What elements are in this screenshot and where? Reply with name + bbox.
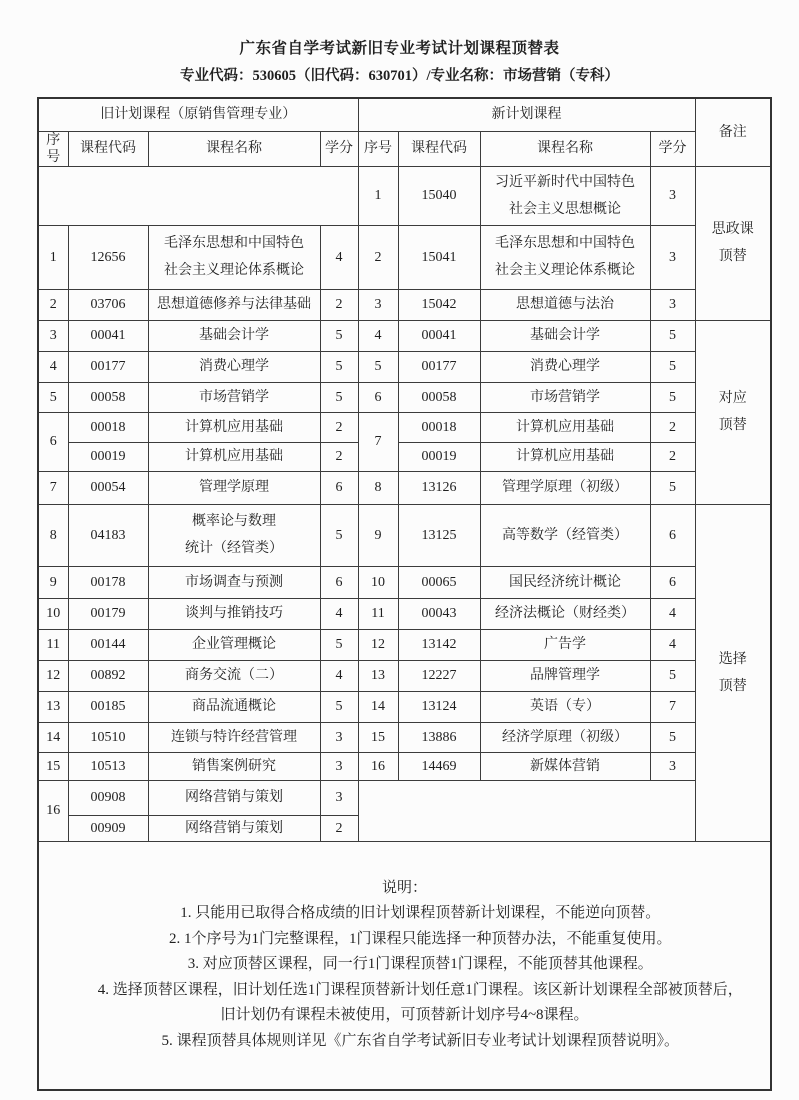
- table-row: 300041基础会计学5400041基础会计学5对应 顶替: [38, 320, 771, 351]
- table-cell: 00058: [398, 382, 480, 412]
- new-seq: 2: [358, 225, 398, 289]
- table-cell: 00041: [398, 320, 480, 351]
- table-cell: 4: [358, 320, 398, 351]
- table-cell: 广告学: [480, 629, 650, 660]
- table-cell: 15: [358, 722, 398, 752]
- table-cell: 6: [320, 471, 358, 504]
- table-cell: 10510: [68, 722, 148, 752]
- table-cell: 00909: [68, 815, 148, 841]
- table-cell: 15042: [398, 289, 480, 320]
- table-cell: 12227: [398, 660, 480, 691]
- new-plan-group-header: 新计划课程: [358, 98, 695, 131]
- table-cell: 5: [320, 629, 358, 660]
- table-cell: 高等数学（经管类）: [480, 504, 650, 566]
- column-header: 学分: [650, 131, 695, 166]
- notes-section: 说明： 1. 只能用已取得合格成绩的旧计划课程顶替新计划课程，不能逆向顶替。2.…: [38, 841, 771, 1090]
- table-cell: 2: [320, 442, 358, 471]
- table-cell: 5: [320, 382, 358, 412]
- table-cell: 网络营销与策划: [148, 815, 320, 841]
- table-cell: 基础会计学: [480, 320, 650, 351]
- table-cell: 10: [38, 598, 68, 629]
- table-cell: 13124: [398, 691, 480, 722]
- new-course-name: 习近平新时代中国特色 社会主义思想概论: [480, 166, 650, 225]
- table-row: 600018计算机应用基础2700018计算机应用基础2: [38, 412, 771, 442]
- table-cell: 市场调查与预测: [148, 566, 320, 598]
- table-cell: 00058: [68, 382, 148, 412]
- table-row: 1600908网络营销与策划3: [38, 780, 771, 815]
- table-cell: 7: [650, 691, 695, 722]
- table-cell: 市场营销学: [148, 382, 320, 412]
- table-cell: 2: [320, 412, 358, 442]
- table-cell: 网络营销与策划: [148, 780, 320, 815]
- table-cell: 00018: [68, 412, 148, 442]
- table-cell: 连锁与特许经营管理: [148, 722, 320, 752]
- table-cell: 3: [320, 722, 358, 752]
- note-item: 3. 对应顶替区课程，同一行1门课程顶替1门课程，不能顶替其他课程。: [41, 952, 768, 978]
- table-cell: 企业管理概论: [148, 629, 320, 660]
- table-cell: 2: [650, 442, 695, 471]
- table-cell: 9: [358, 504, 398, 566]
- remark-header: 备注: [695, 98, 771, 166]
- table-cell: 消费心理学: [148, 351, 320, 382]
- new-credit: 3: [650, 225, 695, 289]
- table-cell: 4: [38, 351, 68, 382]
- table-row: 203706思想道德修养与法律基础2315042思想道德与法治3: [38, 289, 771, 320]
- table-cell: 3: [320, 780, 358, 815]
- remark-sizheng-dingti: 思政课 顶替: [695, 166, 771, 320]
- table-cell: 国民经济统计概论: [480, 566, 650, 598]
- table-cell: 4: [320, 660, 358, 691]
- old-seq: 1: [38, 225, 68, 289]
- table-cell: 00908: [68, 780, 148, 815]
- table-cell: 04183: [68, 504, 148, 566]
- new-code: 15041: [398, 225, 480, 289]
- table-cell: 3: [320, 752, 358, 780]
- table-cell: 英语（专）: [480, 691, 650, 722]
- table-cell: 市场营销学: [480, 382, 650, 412]
- table-cell: 品牌管理学: [480, 660, 650, 691]
- table-cell: 6: [650, 504, 695, 566]
- table-cell: 00179: [68, 598, 148, 629]
- table-cell: 谈判与推销技巧: [148, 598, 320, 629]
- column-header: 课程名称: [148, 131, 320, 166]
- note-item: 4. 选择顶替区课程，旧计划任选1门课程顶替新计划任意1门课程。该区新计划课程全…: [41, 978, 768, 1029]
- old-course-name: 概率论与数理 统计（经管类）: [148, 504, 320, 566]
- column-header: 课程代码: [398, 131, 480, 166]
- group-header-row: 旧计划课程（原销售管理专业） 新计划课程 备注: [38, 98, 771, 131]
- table-cell: 管理学原理: [148, 471, 320, 504]
- table-cell: 00019: [68, 442, 148, 471]
- table-cell: 经济法概论（财经类）: [480, 598, 650, 629]
- table-cell: 5: [320, 351, 358, 382]
- table-cell: 00177: [68, 351, 148, 382]
- table-cell: 3: [38, 320, 68, 351]
- note-item: 5. 课程顶替具体规则详见《广东省自学考试新旧专业考试计划课程顶替说明》。: [41, 1029, 768, 1055]
- table-cell: 12: [38, 660, 68, 691]
- old-code: 12656: [68, 225, 148, 289]
- table-cell: 计算机应用基础: [148, 442, 320, 471]
- column-header: 序号: [358, 131, 398, 166]
- table-cell: 8: [38, 504, 68, 566]
- table-body: 115040习近平新时代中国特色 社会主义思想概论3思政课 顶替112656毛泽…: [38, 166, 771, 841]
- table-cell: 14: [38, 722, 68, 752]
- table-cell: 6: [650, 566, 695, 598]
- table-cell: 思想道德修养与法律基础: [148, 289, 320, 320]
- table-cell: 5: [650, 660, 695, 691]
- table-cell: 基础会计学: [148, 320, 320, 351]
- table-cell: 2: [320, 815, 358, 841]
- remark-xuanze-dingti: 选择 顶替: [695, 504, 771, 841]
- table-row: 1410510连锁与特许经营管理31513886经济学原理（初级）5: [38, 722, 771, 752]
- table-cell: 4: [320, 598, 358, 629]
- table-cell: 00185: [68, 691, 148, 722]
- table-cell: 15: [38, 752, 68, 780]
- table-cell: 3: [358, 289, 398, 320]
- column-header: 课程代码: [68, 131, 148, 166]
- notes-list: 1. 只能用已取得合格成绩的旧计划课程顶替新计划课程，不能逆向顶替。2. 1个序…: [41, 901, 768, 1054]
- table-cell: 14: [358, 691, 398, 722]
- table-row: 1300185商品流通概论51413124英语（专）7: [38, 691, 771, 722]
- table-cell: 5: [650, 382, 695, 412]
- new-seq: 1: [358, 166, 398, 225]
- table-cell: 4: [650, 598, 695, 629]
- table-cell: 思想道德与法治: [480, 289, 650, 320]
- table-cell: 销售案例研究: [148, 752, 320, 780]
- table-cell: 16: [358, 752, 398, 780]
- old-plan-empty-cell: [38, 166, 358, 225]
- table-cell: 新媒体营销: [480, 752, 650, 780]
- table-cell: 00043: [398, 598, 480, 629]
- table-cell: 8: [358, 471, 398, 504]
- new-seq: 7: [358, 412, 398, 471]
- table-cell: 13: [358, 660, 398, 691]
- table-cell: 00177: [398, 351, 480, 382]
- new-course-name: 毛泽东思想和中国特色 社会主义理论体系概论: [480, 225, 650, 289]
- note-item: 1. 只能用已取得合格成绩的旧计划课程顶替新计划课程，不能逆向顶替。: [41, 901, 768, 927]
- table-cell: 5: [650, 471, 695, 504]
- page-subtitle: 专业代码：530605（旧代码：630701）/专业名称：市场营销（专科）: [0, 64, 799, 85]
- table-cell: 00065: [398, 566, 480, 598]
- table-cell: 00018: [398, 412, 480, 442]
- table-cell: 2: [38, 289, 68, 320]
- table-cell: 13: [38, 691, 68, 722]
- table-cell: 商品流通概论: [148, 691, 320, 722]
- table-row: 115040习近平新时代中国特色 社会主义思想概论3思政课 顶替: [38, 166, 771, 225]
- table-cell: 6: [358, 382, 398, 412]
- page-title: 广东省自学考试新旧专业考试计划课程顶替表: [0, 36, 799, 58]
- table-cell: 2: [650, 412, 695, 442]
- old-seq: 16: [38, 780, 68, 841]
- table-cell: 7: [38, 471, 68, 504]
- table-cell: 3: [650, 752, 695, 780]
- table-cell: 11: [38, 629, 68, 660]
- table-row: 500058市场营销学5600058市场营销学5: [38, 382, 771, 412]
- table-cell: 5: [650, 722, 695, 752]
- table-row: 900178市场调查与预测61000065国民经济统计概论6: [38, 566, 771, 598]
- table-cell: 商务交流（二）: [148, 660, 320, 691]
- column-header: 课程名称: [480, 131, 650, 166]
- table-cell: 5: [320, 320, 358, 351]
- table-cell: 12: [358, 629, 398, 660]
- table-cell: 4: [650, 629, 695, 660]
- table-cell: 5: [650, 351, 695, 382]
- new-credit: 3: [650, 166, 695, 225]
- table-cell: 13142: [398, 629, 480, 660]
- table-cell: 计算机应用基础: [480, 412, 650, 442]
- table-cell: 5: [650, 320, 695, 351]
- table-row: 00019计算机应用基础200019计算机应用基础2: [38, 442, 771, 471]
- table-cell: 5: [320, 691, 358, 722]
- table-cell: 3: [650, 289, 695, 320]
- remark-duiying-dingti: 对应 顶替: [695, 320, 771, 504]
- table-cell: 6: [320, 566, 358, 598]
- table-cell: 5: [358, 351, 398, 382]
- table-cell: 10: [358, 566, 398, 598]
- table-cell: 5: [38, 382, 68, 412]
- table-cell: 2: [320, 289, 358, 320]
- table-cell: 00041: [68, 320, 148, 351]
- table-row: 1000179谈判与推销技巧41100043经济法概论（财经类）4: [38, 598, 771, 629]
- table-cell: 经济学原理（初级）: [480, 722, 650, 752]
- table-cell: 14469: [398, 752, 480, 780]
- table-cell: 13125: [398, 504, 480, 566]
- table-cell: 计算机应用基础: [480, 442, 650, 471]
- old-seq: 6: [38, 412, 68, 471]
- table-cell: 13126: [398, 471, 480, 504]
- table-cell: 03706: [68, 289, 148, 320]
- replacement-table: 旧计划课程（原销售管理专业） 新计划课程 备注 序号课程代码课程名称学分序号课程…: [37, 97, 772, 1091]
- table-cell: 计算机应用基础: [148, 412, 320, 442]
- table-row: 1510513销售案例研究31614469新媒体营销3: [38, 752, 771, 780]
- table-cell: 5: [320, 504, 358, 566]
- old-credit: 4: [320, 225, 358, 289]
- table-row: 1100144企业管理概论51213142广告学4: [38, 629, 771, 660]
- table-cell: 10513: [68, 752, 148, 780]
- document-page: 广东省自学考试新旧专业考试计划课程顶替表 专业代码：530605（旧代码：630…: [0, 0, 799, 1100]
- new-plan-empty-cell: [358, 780, 695, 841]
- table-cell: 管理学原理（初级）: [480, 471, 650, 504]
- table-cell: 00019: [398, 442, 480, 471]
- table-cell: 00144: [68, 629, 148, 660]
- column-header: 学分: [320, 131, 358, 166]
- table-cell: 00892: [68, 660, 148, 691]
- table-cell: 消费心理学: [480, 351, 650, 382]
- table-row: 804183概率论与数理 统计（经管类）5913125高等数学（经管类）6选择 …: [38, 504, 771, 566]
- old-course-name: 毛泽东思想和中国特色 社会主义理论体系概论: [148, 225, 320, 289]
- note-item: 2. 1个序号为1门完整课程，1门课程只能选择一种顶替办法，不能重复使用。: [41, 927, 768, 953]
- table-cell: 13886: [398, 722, 480, 752]
- old-plan-group-header: 旧计划课程（原销售管理专业）: [38, 98, 358, 131]
- new-code: 15040: [398, 166, 480, 225]
- table-cell: 00054: [68, 471, 148, 504]
- column-header: 序号: [38, 131, 68, 166]
- table-row: 700054管理学原理6813126管理学原理（初级）5: [38, 471, 771, 504]
- table-cell: 9: [38, 566, 68, 598]
- column-header-row: 序号课程代码课程名称学分序号课程代码课程名称学分: [38, 131, 771, 166]
- table-cell: 00178: [68, 566, 148, 598]
- table-row: 1200892商务交流（二）41312227品牌管理学5: [38, 660, 771, 691]
- table-cell: 11: [358, 598, 398, 629]
- notes-row: 说明： 1. 只能用已取得合格成绩的旧计划课程顶替新计划课程，不能逆向顶替。2.…: [38, 841, 771, 1090]
- table-row: 400177消费心理学5500177消费心理学5: [38, 351, 771, 382]
- notes-label: 说明：: [41, 876, 768, 902]
- table-row: 112656毛泽东思想和中国特色 社会主义理论体系概论4215041毛泽东思想和…: [38, 225, 771, 289]
